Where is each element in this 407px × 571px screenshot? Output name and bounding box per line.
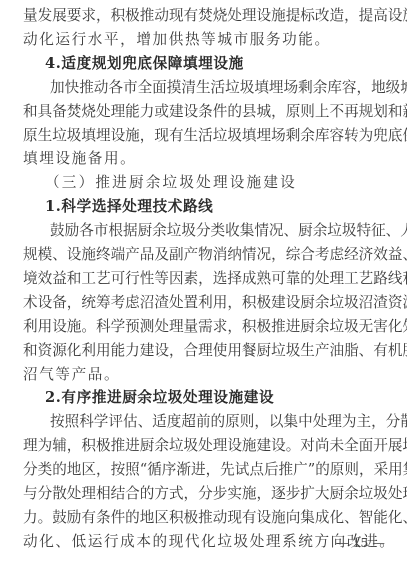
paragraph-line: 原生垃圾填埋设施，现有生活垃圾填埋场剩余库容转为兜底保障 <box>23 125 381 147</box>
paragraph-line: 利用设施。科学预测处理量需求，积极推进厨余垃圾无害化处理 <box>23 316 381 338</box>
paragraph-line: 与分散处理相结合的方式，分步实施，逐步扩大厨余垃圾处理能 <box>23 483 381 505</box>
paragraph-line: 理为辅，积极推进厨余垃圾处理设施建设。对尚未全面开展垃圾 <box>23 435 381 457</box>
paragraph-line: 加快推动各市全面摸清生活垃圾填埋场剩余库容，地级城市 <box>50 77 381 99</box>
paragraph-line: 力。鼓励有条件的地区积极推动现有设施向集成化、智能化、自 <box>23 507 381 529</box>
paragraph-line: 沼气等产品。 <box>23 364 381 386</box>
document-page: 量发展要求，积极推动现有焚烧处理设施提标改造，提高设施自 动化运行水平，增加供热… <box>0 0 407 571</box>
paragraph-line: 和资源化利用能力建设，合理使用餐厨垃圾生产油脂、有机肥、 <box>23 340 381 362</box>
page-number: — 15 — <box>336 535 381 551</box>
paragraph-line: 动化运行水平，增加供热等城市服务功能。 <box>23 29 381 51</box>
paragraph-line: 鼓励各市根据厨余垃圾分类收集情况、厨余垃圾特征、人口 <box>50 220 381 242</box>
paragraph-line: 动化、低运行成本的现代化垃圾处理系统方向改进。 <box>23 531 381 553</box>
paragraph-line: 和具备焚烧处理能力或建设条件的县城，原则上不再规划和新建 <box>23 101 381 123</box>
paragraph-line: 填埋设施备用。 <box>23 148 381 170</box>
heading-landfill-facilities: 4.适度规划兜底保障填埋设施 <box>45 53 376 75</box>
heading-technology-route: 1.科学选择处理技术路线 <box>45 196 376 218</box>
paragraph-line: 境效益和工艺可行性等因素，选择成熟可靠的处理工艺路线和技 <box>23 268 381 290</box>
section-heading-kitchen-waste: （三）推进厨余垃圾处理设施建设 <box>45 172 345 194</box>
paragraph-line: 按照科学评估、适度超前的原则，以集中处理为主，分散处 <box>50 411 381 433</box>
paragraph-line: 量发展要求，积极推动现有焚烧处理设施提标改造，提高设施自 <box>23 5 381 27</box>
paragraph-line: 规模、设施终端产品及副产物消纳情况，综合考虑经济效益、环 <box>23 244 381 266</box>
paragraph-line: 术设备，统筹考虑沼渣处置利用，积极建设厨余垃圾沼渣资源化 <box>23 292 381 314</box>
paragraph-line: 分类的地区，按照“循序渐进，先试点后推广”的原则，采用集中 <box>23 459 381 481</box>
heading-orderly-construction: 2.有序推进厨余垃圾处理设施建设 <box>45 387 376 409</box>
